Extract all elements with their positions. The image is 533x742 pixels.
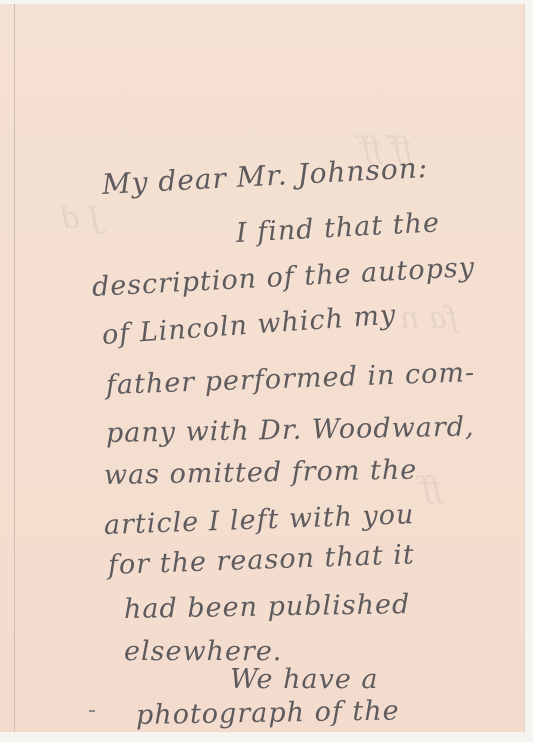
letter-line: pany with Dr. Woodward, (106, 412, 475, 449)
letter-line: article I left with you (103, 499, 414, 541)
letter-paper: ff ff J d fa n ff My dear Mr. Johnson: I… (0, 4, 525, 732)
letter-line: father performed in com- (105, 357, 475, 401)
letter-line: description of the autopsy (91, 252, 476, 303)
letter-line: I find that the (235, 207, 440, 249)
letter-line: was omitted from the (104, 455, 418, 491)
stray-pen-mark (89, 710, 95, 712)
letter-line: elsewhere. (124, 636, 282, 667)
letter-line: of Lincoln which my (101, 299, 397, 350)
letter-line: We have a (230, 664, 379, 695)
letter-line: photograph of the (136, 695, 400, 731)
scanned-letter-page: ff ff J d fa n ff My dear Mr. Johnson: I… (0, 0, 533, 742)
letter-salutation: My dear Mr. Johnson: (101, 151, 429, 201)
letter-line: for the reason that it (107, 539, 415, 581)
letter-line: had been published (124, 589, 411, 625)
letter-body: My dear Mr. Johnson: I find that the des… (0, 4, 525, 732)
